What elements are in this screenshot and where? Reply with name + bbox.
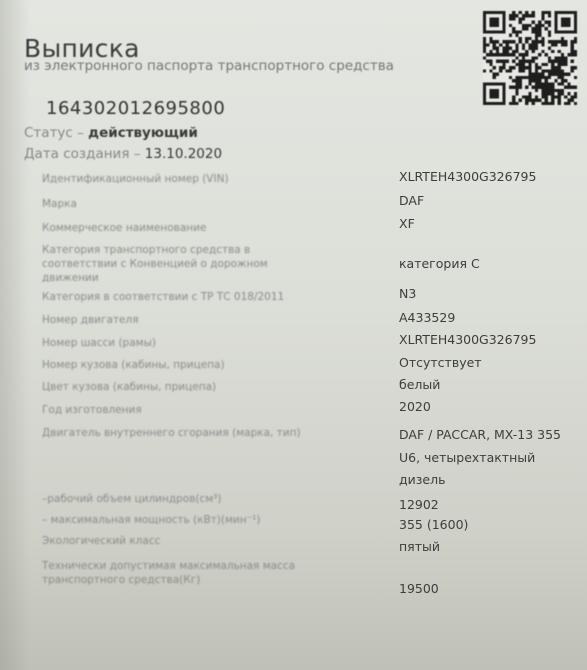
field-label-engine-number: Номер двигателя: [42, 313, 342, 327]
field-value-category-convention: категория С: [399, 256, 480, 272]
field-label-vin: Идентификационный номер (VIN): [42, 172, 342, 186]
created-label: Дата создания –: [24, 146, 145, 162]
field-label-eco-class: Экологический класс: [42, 534, 342, 548]
field-label-year: Год изготовления: [42, 403, 342, 417]
field-label-max-power: – максимальная мощность (кВт)(мин⁻¹): [42, 513, 342, 527]
field-label-chassis-number: Номер шасси (рамы): [42, 336, 342, 350]
field-value-vin: XLRTEH4300G326795: [399, 169, 536, 185]
status-value: действующий: [88, 125, 198, 141]
field-label-body-color: Цвет кузова (кабины, прицепа): [42, 380, 342, 394]
field-value-body-color: белый: [399, 377, 440, 393]
field-value-engine-type-line3: дизель: [399, 472, 445, 488]
field-value-engine-type-line1: DAF / PACCAR, MX-13 355: [399, 427, 561, 443]
field-value-year: 2020: [399, 399, 431, 415]
field-value-max-power: 355 (1600): [399, 517, 468, 533]
created-line: Дата создания – 13.10.2020: [24, 146, 222, 162]
field-value-max-mass: 19500: [399, 581, 439, 597]
field-value-engine-type-line2: U6, четырехтактный: [399, 450, 535, 466]
field-label-category-tr: Категория в соответствии с ТР ТС 018/201…: [42, 290, 342, 304]
field-value-displacement: 12902: [399, 497, 439, 513]
field-label-commercial-name: Коммерческое наименование: [42, 221, 342, 235]
field-label-displacement: –рабочий объем цилиндров(см³): [42, 492, 342, 506]
field-value-make: DAF: [399, 193, 424, 209]
field-value-engine-number: A433529: [399, 310, 455, 326]
field-label-max-mass: Технически допустимая максимальная масса…: [42, 559, 302, 587]
field-label-body-number: Номер кузова (кабины, прицепа): [42, 358, 342, 372]
field-value-commercial-name: XF: [399, 216, 415, 232]
status-label: Статус –: [24, 125, 88, 141]
field-label-make: Марка: [42, 197, 342, 211]
field-label-engine-type: Двигатель внутреннего сгорания (марка, т…: [42, 426, 342, 440]
field-value-eco-class: пятый: [399, 539, 440, 555]
field-label-category-convention: Категория транспортного средства в соотв…: [42, 243, 287, 285]
page-shadow: [0, 0, 30, 670]
created-value: 13.10.2020: [145, 146, 222, 162]
page-subtitle: из электронного паспорта транспортного с…: [24, 58, 394, 74]
document-number: 164302012695800: [46, 98, 225, 119]
qr-code-icon: [483, 10, 577, 106]
field-value-body-number: Отсутствует: [399, 355, 482, 371]
field-value-category-tr: N3: [399, 286, 416, 302]
field-value-chassis-number: XLRTEH4300G326795: [399, 332, 536, 348]
status-line: Статус – действующий: [24, 125, 198, 141]
